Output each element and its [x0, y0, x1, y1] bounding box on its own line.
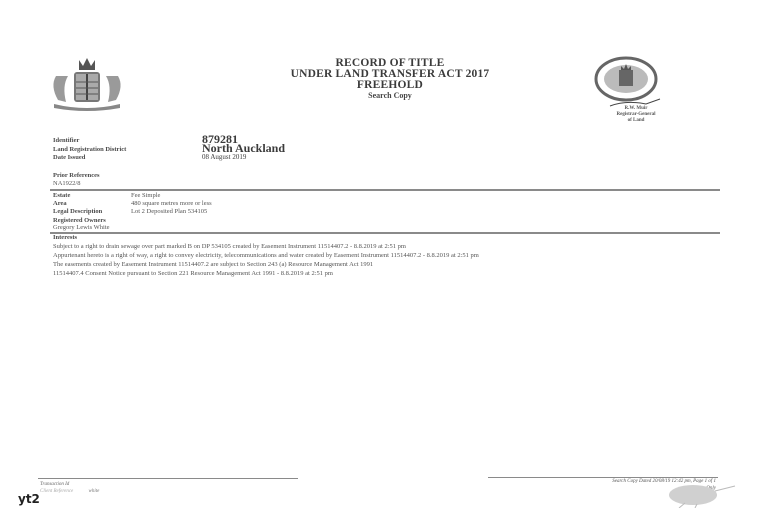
legal-description-label: Legal Description: [53, 208, 102, 215]
registered-owners-label: Registered Owners: [53, 217, 106, 224]
registered-owners-value: Gregory Lewis White: [53, 224, 110, 231]
kiwi-watermark-icon: [655, 483, 745, 508]
interest-item: The easements created by Easement Instru…: [53, 261, 653, 269]
divider: [50, 232, 720, 234]
interest-item: Subject to a right to drain sewage over …: [53, 243, 653, 251]
search-copy-subtitle: Search Copy: [200, 91, 580, 101]
estate-value: Fee Simple: [131, 192, 160, 199]
prior-references-label: Prior References: [53, 172, 100, 179]
interest-item: Appurtenant hereto is a right of way, a …: [53, 252, 653, 260]
identifier-label: Identifier: [53, 137, 79, 144]
divider: [50, 189, 720, 191]
title-line-3: FREEHOLD: [200, 80, 580, 91]
registrar-signature-block: R.W. Muir Registrar-General of Land: [596, 106, 676, 124]
estate-label: Estate: [53, 192, 70, 199]
area-value: 480 square metres more or less: [131, 200, 212, 207]
coat-of-arms-icon: [46, 56, 128, 114]
date-issued-label: Date Issued: [53, 154, 85, 161]
district-label: Land Registration District: [53, 146, 126, 153]
legal-description-value: Lot 2 Deposited Plan 534105: [131, 208, 207, 215]
interests-label: Interests: [53, 234, 77, 241]
footer-divider: [38, 478, 298, 479]
client-reference-value: white: [89, 489, 100, 494]
client-reference-label: Client Reference: [40, 489, 73, 494]
area-label: Area: [53, 200, 67, 207]
prior-references-value: NA1922/8: [53, 180, 80, 187]
interest-item: 11514407.4 Consent Notice pursuant to Se…: [53, 270, 653, 278]
watermark-text: yt2: [18, 492, 40, 506]
footer-left: Transaction Id Client Reference white: [40, 481, 99, 495]
document-header: RECORD OF TITLE UNDER LAND TRANSFER ACT …: [200, 58, 580, 101]
record-of-title-page: RECORD OF TITLE UNDER LAND TRANSFER ACT …: [0, 0, 768, 512]
transaction-id-label: Transaction Id: [40, 481, 99, 488]
registrar-seal-icon: [594, 56, 658, 102]
registrar-title-2: of Land: [596, 118, 676, 124]
date-issued-value: 08 August 2019: [202, 153, 246, 161]
interests-list: Subject to a right to drain sewage over …: [53, 243, 653, 279]
